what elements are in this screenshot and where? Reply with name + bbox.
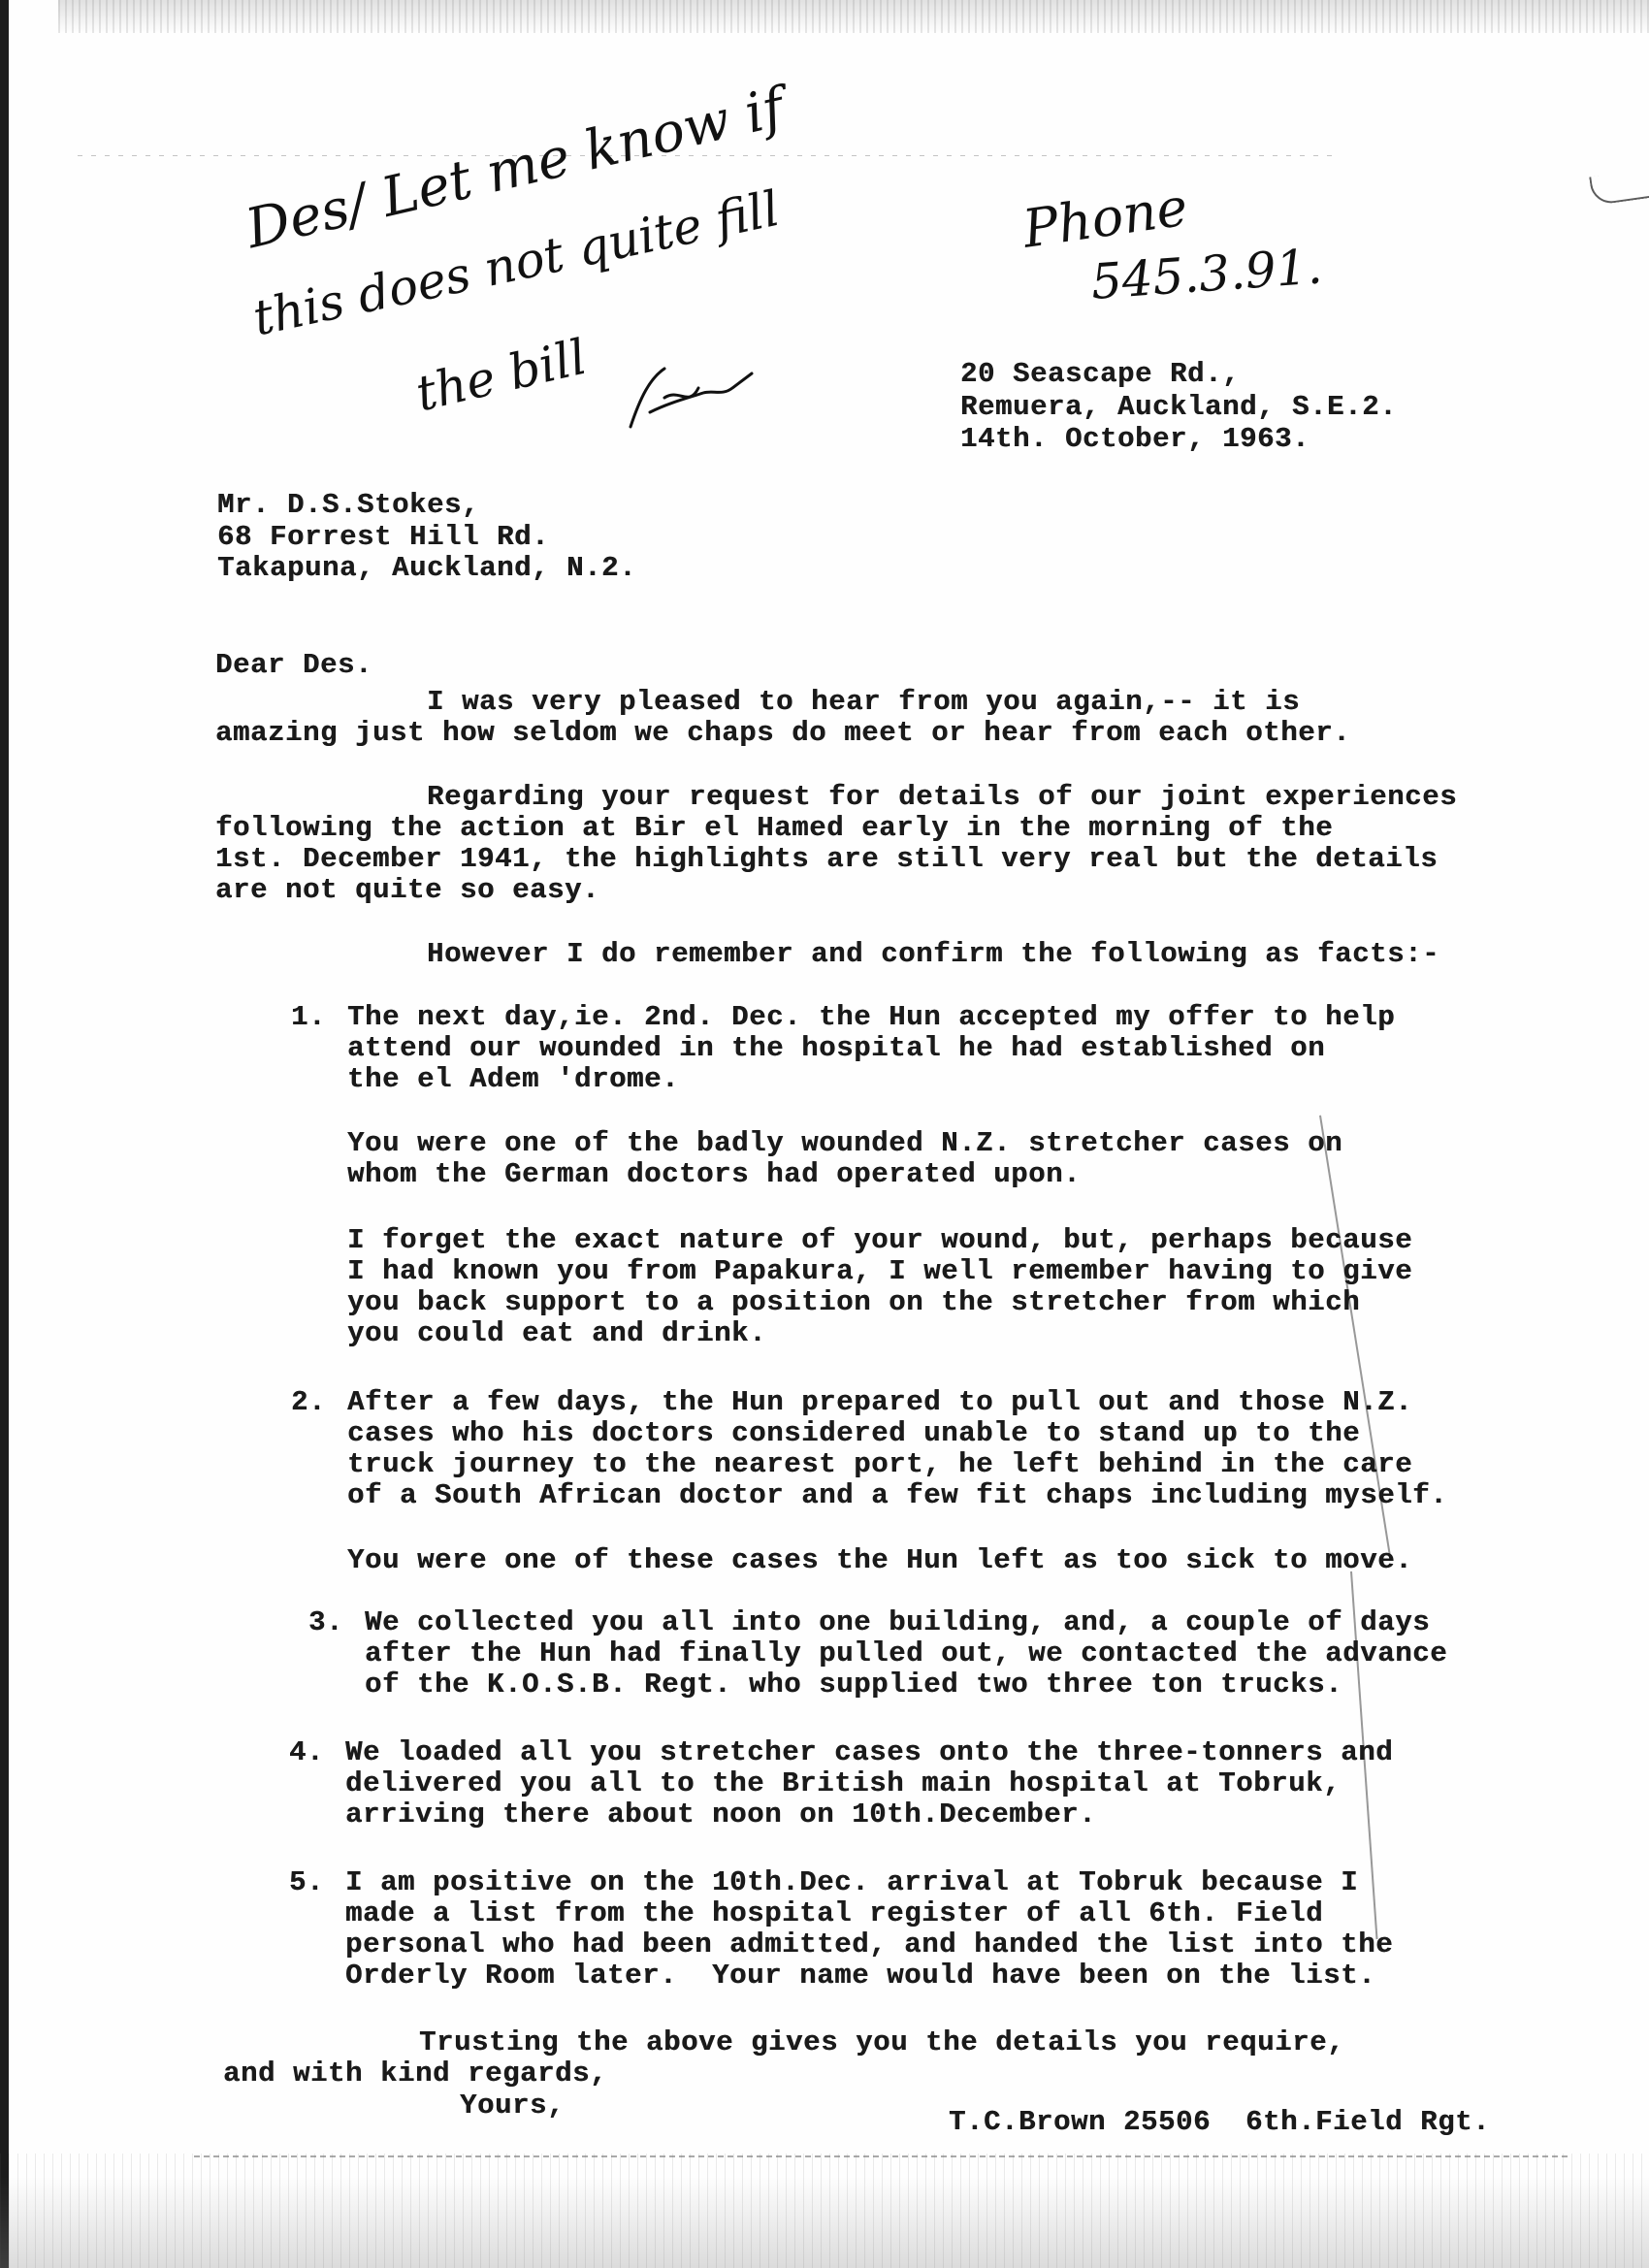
- fact-2-line: You were one of these cases the Hun left…: [347, 1545, 1412, 1576]
- fact-3-number: 3.: [308, 1607, 343, 1638]
- fact-2-line: After a few days, the Hun prepared to pu…: [347, 1387, 1412, 1418]
- sender-address-line-2: Remuera, Auckland, S.E.2.: [960, 392, 1397, 423]
- fact-1-line: I forget the exact nature of your wound,…: [347, 1225, 1412, 1256]
- handwritten-phone-label: Phone: [1019, 177, 1191, 260]
- paragraph-3-line-1: However I do remember and confirm the fo…: [427, 939, 1439, 970]
- letter-date: 14th. October, 1963.: [960, 424, 1309, 455]
- closing-line-2: and with kind regards,: [223, 2058, 607, 2090]
- recipient-city: Takapuna, Auckland, N.2.: [217, 553, 636, 584]
- fact-3-line: of the K.O.S.B. Regt. who supplied two t…: [365, 1669, 1342, 1701]
- fact-2-number: 2.: [291, 1387, 326, 1418]
- valediction: Yours,: [460, 2090, 565, 2122]
- fact-2-line: of a South African doctor and a few fit …: [347, 1480, 1447, 1511]
- fact-4-number: 4.: [289, 1737, 324, 1768]
- signature-block: T.C.Brown 25506 6th.Field Rgt.: [949, 2107, 1490, 2138]
- recipient-name: Mr. D.S.Stokes,: [217, 490, 479, 521]
- fact-5-line: personal who had been admitted, and hand…: [345, 1929, 1393, 1960]
- fact-4-line: We loaded all you stretcher cases onto t…: [345, 1737, 1393, 1768]
- fact-1-line: you could eat and drink.: [347, 1318, 766, 1349]
- photocopy-noise-bottom: [0, 2154, 1649, 2268]
- handwritten-initials-signature: [621, 359, 757, 437]
- fact-2-line: cases who his doctors considered unable …: [347, 1418, 1360, 1449]
- fact-4-line: arriving there about noon on 10th.Decemb…: [345, 1799, 1096, 1831]
- paragraph-1-line-2: amazing just how seldom we chaps do meet…: [215, 718, 1350, 749]
- fact-1-line: I had known you from Papakura, I well re…: [347, 1256, 1412, 1287]
- recipient-street: 68 Forrest Hill Rd.: [217, 522, 549, 553]
- paragraph-1-line-1: I was very pleased to hear from you agai…: [427, 687, 1300, 718]
- corner-pen-mark: [1589, 169, 1649, 206]
- fact-3-line: after the Hun had finally pulled out, we…: [365, 1638, 1447, 1669]
- paragraph-2-line-1: Regarding your request for details of ou…: [427, 782, 1457, 813]
- paragraph-2-line-4: are not quite so easy.: [215, 875, 599, 906]
- fact-3-line: We collected you all into one building, …: [365, 1607, 1430, 1638]
- fact-5-line: Orderly Room later. Your name would have…: [345, 1960, 1375, 1992]
- fact-5-number: 5.: [289, 1867, 324, 1898]
- handwritten-phone-number: 545.3.91.: [1089, 238, 1324, 309]
- fact-5-line: made a list from the hospital register o…: [345, 1898, 1323, 1929]
- paragraph-2-line-2: following the action at Bir el Hamed ear…: [215, 813, 1333, 844]
- fact-2-line: truck journey to the nearest port, he le…: [347, 1449, 1412, 1480]
- letter-page: Des/ Let me know if this does not quite …: [0, 0, 1649, 2268]
- fact-1-number: 1.: [291, 1002, 326, 1033]
- fact-1-line: the el Adem 'drome.: [347, 1064, 679, 1095]
- fact-1-line: you back support to a position on the st…: [347, 1287, 1360, 1318]
- fact-1-line: The next day,ie. 2nd. Dec. the Hun accep…: [347, 1002, 1395, 1033]
- fact-1-line: attend our wounded in the hospital he ha…: [347, 1033, 1325, 1064]
- fact-1-line: whom the German doctors had operated upo…: [347, 1159, 1081, 1190]
- salutation: Dear Des.: [215, 650, 372, 681]
- paragraph-2-line-3: 1st. December 1941, the highlights are s…: [215, 844, 1438, 875]
- closing-line-1: Trusting the above gives you the details…: [419, 2027, 1344, 2058]
- fact-5-line: I am positive on the 10th.Dec. arrival a…: [345, 1867, 1358, 1898]
- sender-address-line-1: 20 Seascape Rd.,: [960, 359, 1240, 390]
- scan-edge-strip: [0, 0, 9, 2268]
- handwritten-note-line-3: the bill: [410, 329, 591, 423]
- photocopy-noise-top: [58, 0, 1649, 33]
- fact-1-line: You were one of the badly wounded N.Z. s…: [347, 1128, 1342, 1159]
- fact-4-line: delivered you all to the British main ho…: [345, 1768, 1341, 1799]
